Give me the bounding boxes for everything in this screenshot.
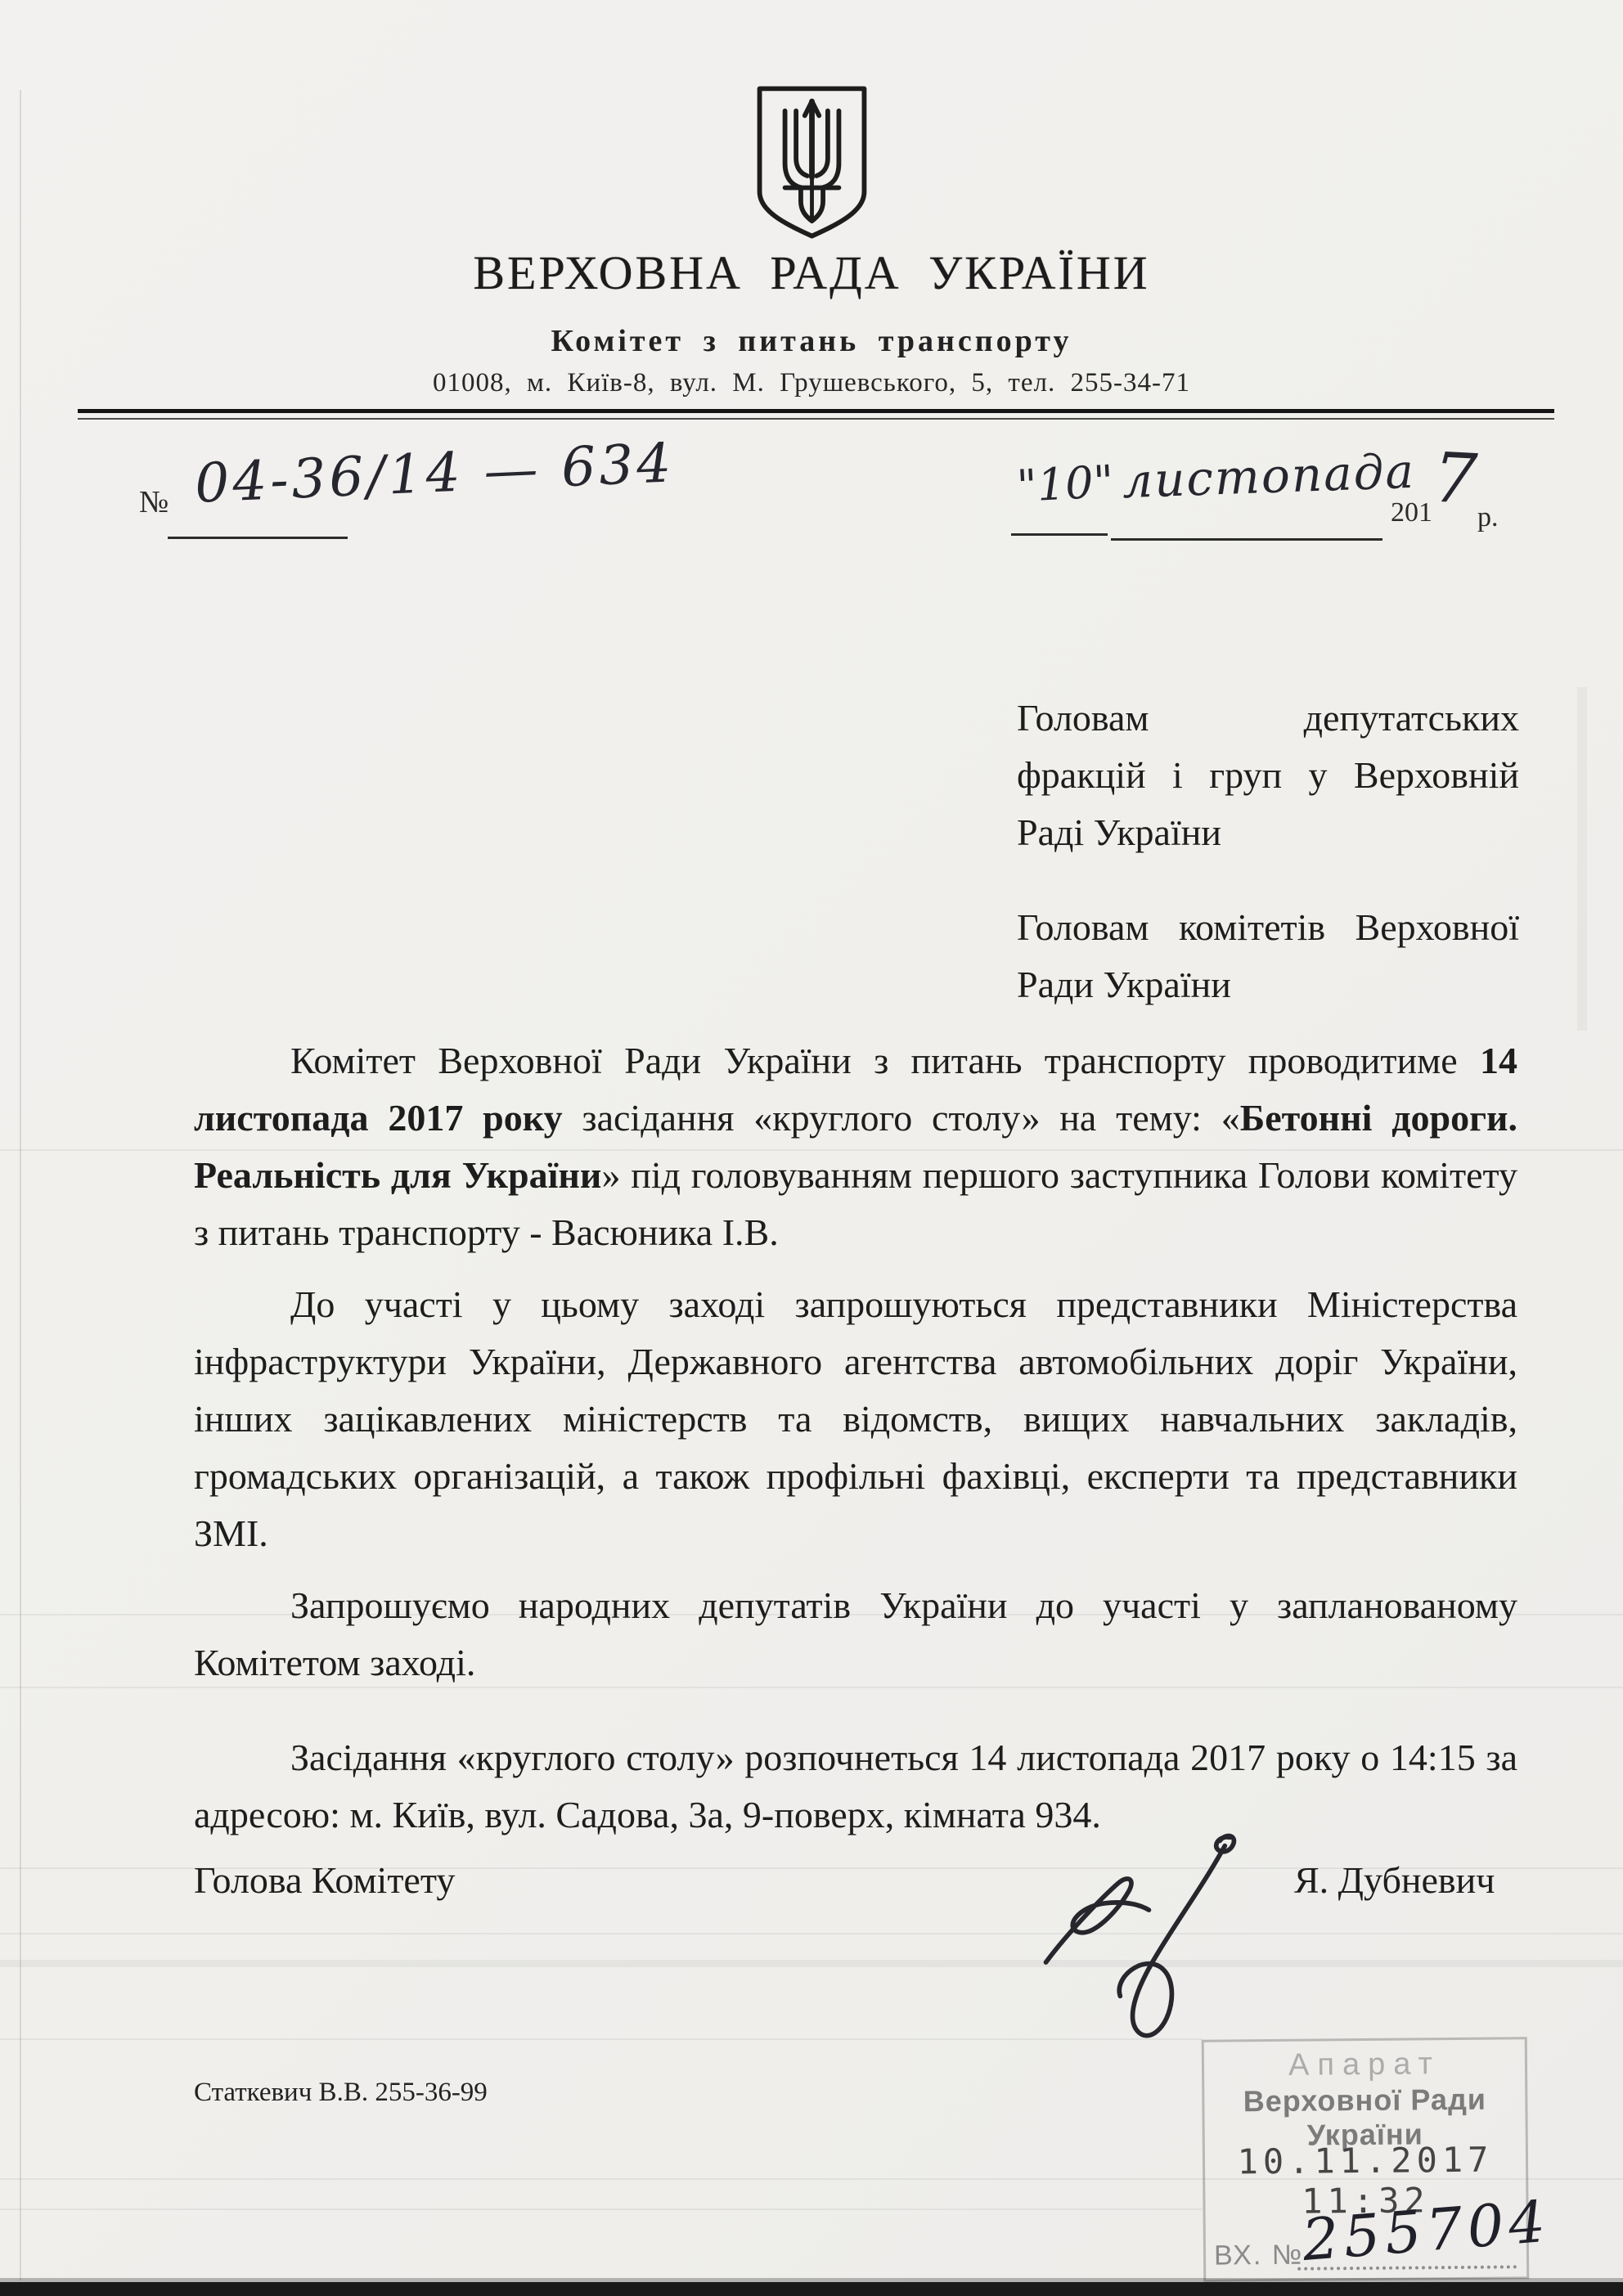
stamp-incoming-label: ВХ. № xyxy=(1214,2240,1304,2272)
paragraph-announcement: Комітет Верховної Ради України з питань … xyxy=(194,1032,1517,1261)
paragraph-invitation: Запрошуємо народних депутатів України до… xyxy=(194,1577,1517,1692)
paragraph-participants: До участі у цьому заході запрошуються пр… xyxy=(194,1276,1517,1562)
letterhead-rule-thin xyxy=(78,418,1554,420)
ref-number-handwritten: 04-36/14 — 634 xyxy=(194,431,676,515)
stamp-org-line-1: Апарат xyxy=(1204,2046,1525,2083)
date-year-printed: 201 xyxy=(1391,497,1432,528)
paragraph-venue: Засідання «круглого столу» розпочнеться … xyxy=(194,1729,1517,1844)
letterhead-rule-thick xyxy=(78,409,1554,413)
scan-streak xyxy=(0,2038,1203,2040)
recipient-block: Головам депутатських фракцій і груп у Ве… xyxy=(1017,690,1519,1013)
org-address: 01008, м. Київ-8, вул. М. Грушевського, … xyxy=(0,368,1623,398)
committee-name: Комітет з питань транспорту xyxy=(0,323,1623,359)
letter-body: Комітет Верховної Ради України з питань … xyxy=(194,1032,1517,1858)
signer-name: Я. Дубневич xyxy=(1294,1858,1495,1902)
scan-streak xyxy=(0,2208,1203,2210)
date-month-underline xyxy=(1111,538,1382,541)
date-month-handwritten: листопада xyxy=(1122,443,1416,509)
scan-streak-band xyxy=(0,1960,1623,1967)
recipient-block-2: Головам комітетів Верховної Ради України xyxy=(1017,899,1519,1013)
scan-bottom-edge xyxy=(0,2282,1623,2296)
paragraph-text: засідання «круглого столу» на тему: « xyxy=(563,1097,1240,1139)
recipient-line: фракцій і груп у Верховній xyxy=(1017,747,1519,804)
date-day-handwritten: "10" xyxy=(1015,456,1115,512)
executor-contact: Статкевич В.В. 255-36-99 xyxy=(194,2078,488,2108)
org-title: ВЕРХОВНА РАДА УКРАЇНИ xyxy=(0,245,1623,300)
ref-number-label: № xyxy=(139,484,169,520)
scan-edge-line xyxy=(20,90,21,2280)
scan-streak-vertical xyxy=(1577,687,1587,1031)
recipient-line: Головам депутатських xyxy=(1017,690,1519,747)
paragraph-text: Комітет Верховної Ради України з питань … xyxy=(290,1040,1480,1081)
recipient-line: Раді України xyxy=(1017,804,1519,861)
scanned-letter-page: ВЕРХОВНА РАДА УКРАЇНИ Комітет з питань т… xyxy=(0,0,1623,2296)
signer-position: Голова Комітету xyxy=(194,1858,455,1902)
scan-streak xyxy=(0,1933,1623,1934)
signature-scribble xyxy=(1032,1828,1243,2045)
date-era-label: р. xyxy=(1477,502,1499,533)
ref-number-underline xyxy=(168,537,348,539)
date-year-digit-handwritten: 7 xyxy=(1431,438,1479,520)
date-day-underline xyxy=(1011,533,1108,536)
registration-stamp: Апарат Верховної Ради України 10.11.2017… xyxy=(1202,2037,1530,2281)
trident-emblem-icon xyxy=(749,82,875,245)
